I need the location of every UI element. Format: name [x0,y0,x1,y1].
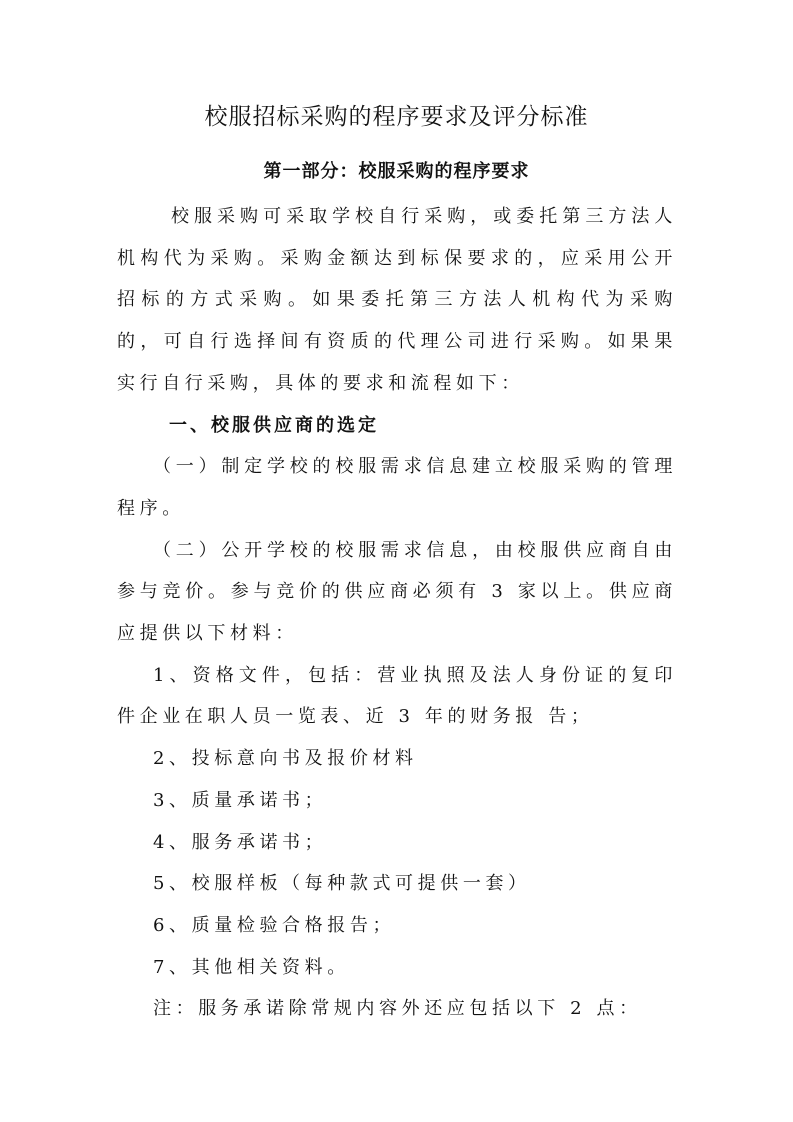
material-item-6: 6、质量检验合格报告； [117,905,677,947]
sub-clause-1: （一）制定学校的校服需求信息建立校服采购的管理程序。 [117,446,677,529]
material-item-2: 2、投标意向书及报价材料 [117,738,677,780]
document-page: 校服招标采购的程序要求及评分标准 第一部分：校服采购的程序要求 校服采购可采取学… [0,0,793,1122]
part-heading: 第一部分：校服采购的程序要求 [0,157,793,187]
material-item-7: 7、其他相关资料。 [117,947,677,989]
document-title: 校服招标采购的程序要求及评分标准 [0,100,793,134]
section-heading: 一、校服供应商的选定 [117,405,677,447]
sub-clause-2: （二）公开学校的校服需求信息，由校服供应商自由参与竞价。参与竞价的供应商必须有 … [117,530,677,655]
material-item-4: 4、服务承诺书； [117,822,677,864]
material-item-5: 5、校服样板（每种款式可提供一套） [117,863,677,905]
note: 注：服务承诺除常规内容外还应包括以下 2 点： [117,988,677,1030]
document-body: 校服采购可采取学校自行采购，或委托第三方法人机构代为采购。采购金额达到标保要求的… [117,196,677,1030]
material-item-3: 3、质量承诺书； [117,780,677,822]
intro-paragraph: 校服采购可采取学校自行采购，或委托第三方法人机构代为采购。采购金额达到标保要求的… [117,196,677,405]
material-item-1: 1、资格文件，包括：营业执照及法人身份证的复印件企业在职人员一览表、近 3 年的… [117,655,677,738]
